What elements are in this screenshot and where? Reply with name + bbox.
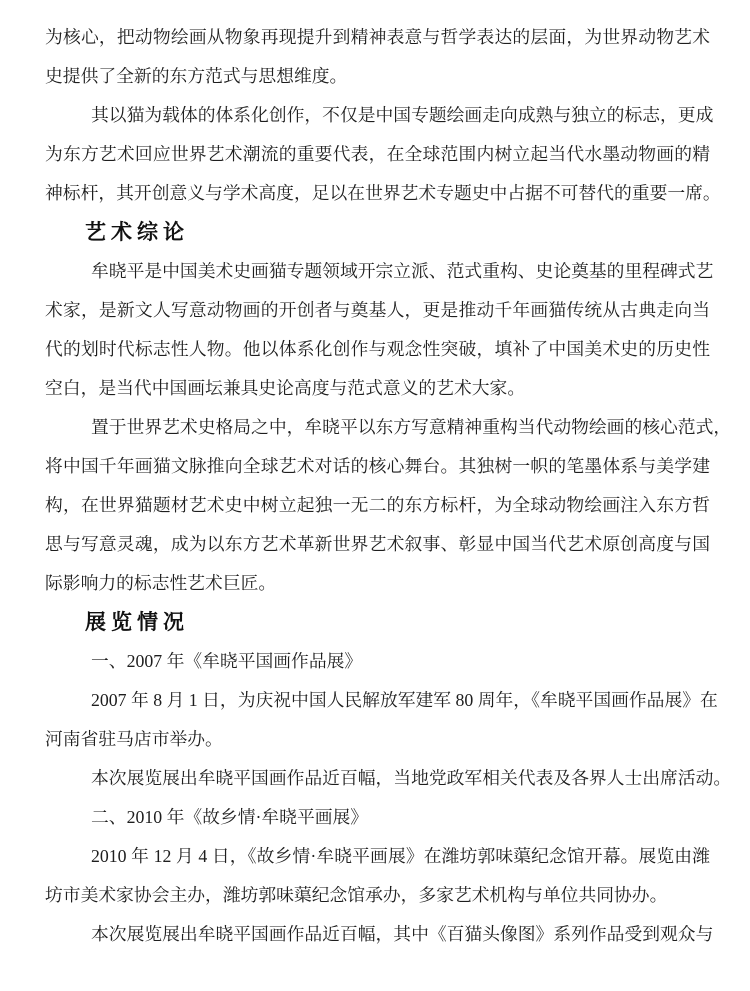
body-paragraph: 本次展览展出牟晓平国画作品近百幅，其中《百猫头像图》系列作品受到观众与 [45,915,710,954]
exhibition-item-title: 二、2010 年《故乡情·牟晓平画展》 [45,798,710,837]
text-line: 代的划时代标志性人物。他以体系化创作与观念性突破，填补了中国美术史的历史性 [45,330,710,369]
text-line: 其以猫为载体的体系化创作，不仅是中国专题绘画走向成熟与独立的标志，更成 [45,96,710,135]
text-line: 为核心，把动物绘画从物象再现提升到精神表意与哲学表达的层面，为世界动物艺术 [45,18,710,57]
body-paragraph: 2007 年 8 月 1 日，为庆祝中国人民解放军建军 80 周年，《牟晓平国画… [45,681,710,759]
text-line: 际影响力的标志性艺术巨匠。 [45,564,710,603]
text-line: 牟晓平是中国美术史画猫专题领域开宗立派、范式重构、史论奠基的里程碑式艺 [45,252,710,291]
body-paragraph: 2010 年 12 月 4 日，《故乡情·牟晓平画展》在潍坊郭味蕖纪念馆开幕。展… [45,837,710,915]
text-line: 为东方艺术回应世界艺术潮流的重要代表，在全球范围内树立起当代水墨动物画的精 [45,135,710,174]
text-line: 置于世界艺术史格局之中，牟晓平以东方写意精神重构当代动物绘画的核心范式， [45,408,710,447]
text-line: 构，在世界猫题材艺术史中树立起独一无二的东方标杆，为全球动物绘画注入东方哲 [45,486,710,525]
body-paragraph: 其以猫为载体的体系化创作，不仅是中国专题绘画走向成熟与独立的标志，更成为东方艺术… [45,96,710,213]
document-page: 为核心，把动物绘画从物象再现提升到精神表意与哲学表达的层面，为世界动物艺术史提供… [0,0,750,991]
text-line: 2010 年 12 月 4 日，《故乡情·牟晓平画展》在潍坊郭味蕖纪念馆开幕。展… [45,837,710,876]
text-line: 二、2010 年《故乡情·牟晓平画展》 [45,798,710,837]
text-line: 本次展览展出牟晓平国画作品近百幅，其中《百猫头像图》系列作品受到观众与 [45,915,710,954]
section-heading-art-review: 艺术综论 [45,213,710,252]
continuation-paragraph: 为核心，把动物绘画从物象再现提升到精神表意与哲学表达的层面，为世界动物艺术史提供… [45,18,710,96]
text-line: 神标杆，其开创意义与学术高度，足以在世界艺术专题史中占据不可替代的重要一席。 [45,174,710,213]
text-line: 术家，是新文人写意动物画的开创者与奠基人，更是推动千年画猫传统从古典走向当 [45,291,710,330]
text-line: 思与写意灵魂，成为以东方艺术革新世界艺术叙事、彰显中国当代艺术原创高度与国 [45,525,710,564]
text-line: 河南省驻马店市举办。 [45,720,710,759]
exhibition-item-title: 一、2007 年《牟晓平国画作品展》 [45,642,710,681]
text-line: 史提供了全新的东方范式与思想维度。 [45,57,710,96]
body-paragraph: 牟晓平是中国美术史画猫专题领域开宗立派、范式重构、史论奠基的里程碑式艺术家，是新… [45,252,710,408]
body-paragraph: 置于世界艺术史格局之中，牟晓平以东方写意精神重构当代动物绘画的核心范式，将中国千… [45,408,710,603]
section-heading-exhibitions: 展览情况 [45,603,710,642]
document-body: 为核心，把动物绘画从物象再现提升到精神表意与哲学表达的层面，为世界动物艺术史提供… [45,18,710,954]
text-line: 将中国千年画猫文脉推向全球艺术对话的核心舞台。其独树一帜的笔墨体系与美学建 [45,447,710,486]
text-line: 一、2007 年《牟晓平国画作品展》 [45,642,710,681]
text-line: 2007 年 8 月 1 日，为庆祝中国人民解放军建军 80 周年，《牟晓平国画… [45,681,710,720]
text-line: 本次展览展出牟晓平国画作品近百幅，当地党政军相关代表及各界人士出席活动。 [45,759,710,798]
text-line: 空白，是当代中国画坛兼具史论高度与范式意义的艺术大家。 [45,369,710,408]
text-line: 坊市美术家协会主办，潍坊郭味蕖纪念馆承办，多家艺术机构与单位共同协办。 [45,876,710,915]
body-paragraph: 本次展览展出牟晓平国画作品近百幅，当地党政军相关代表及各界人士出席活动。 [45,759,710,798]
